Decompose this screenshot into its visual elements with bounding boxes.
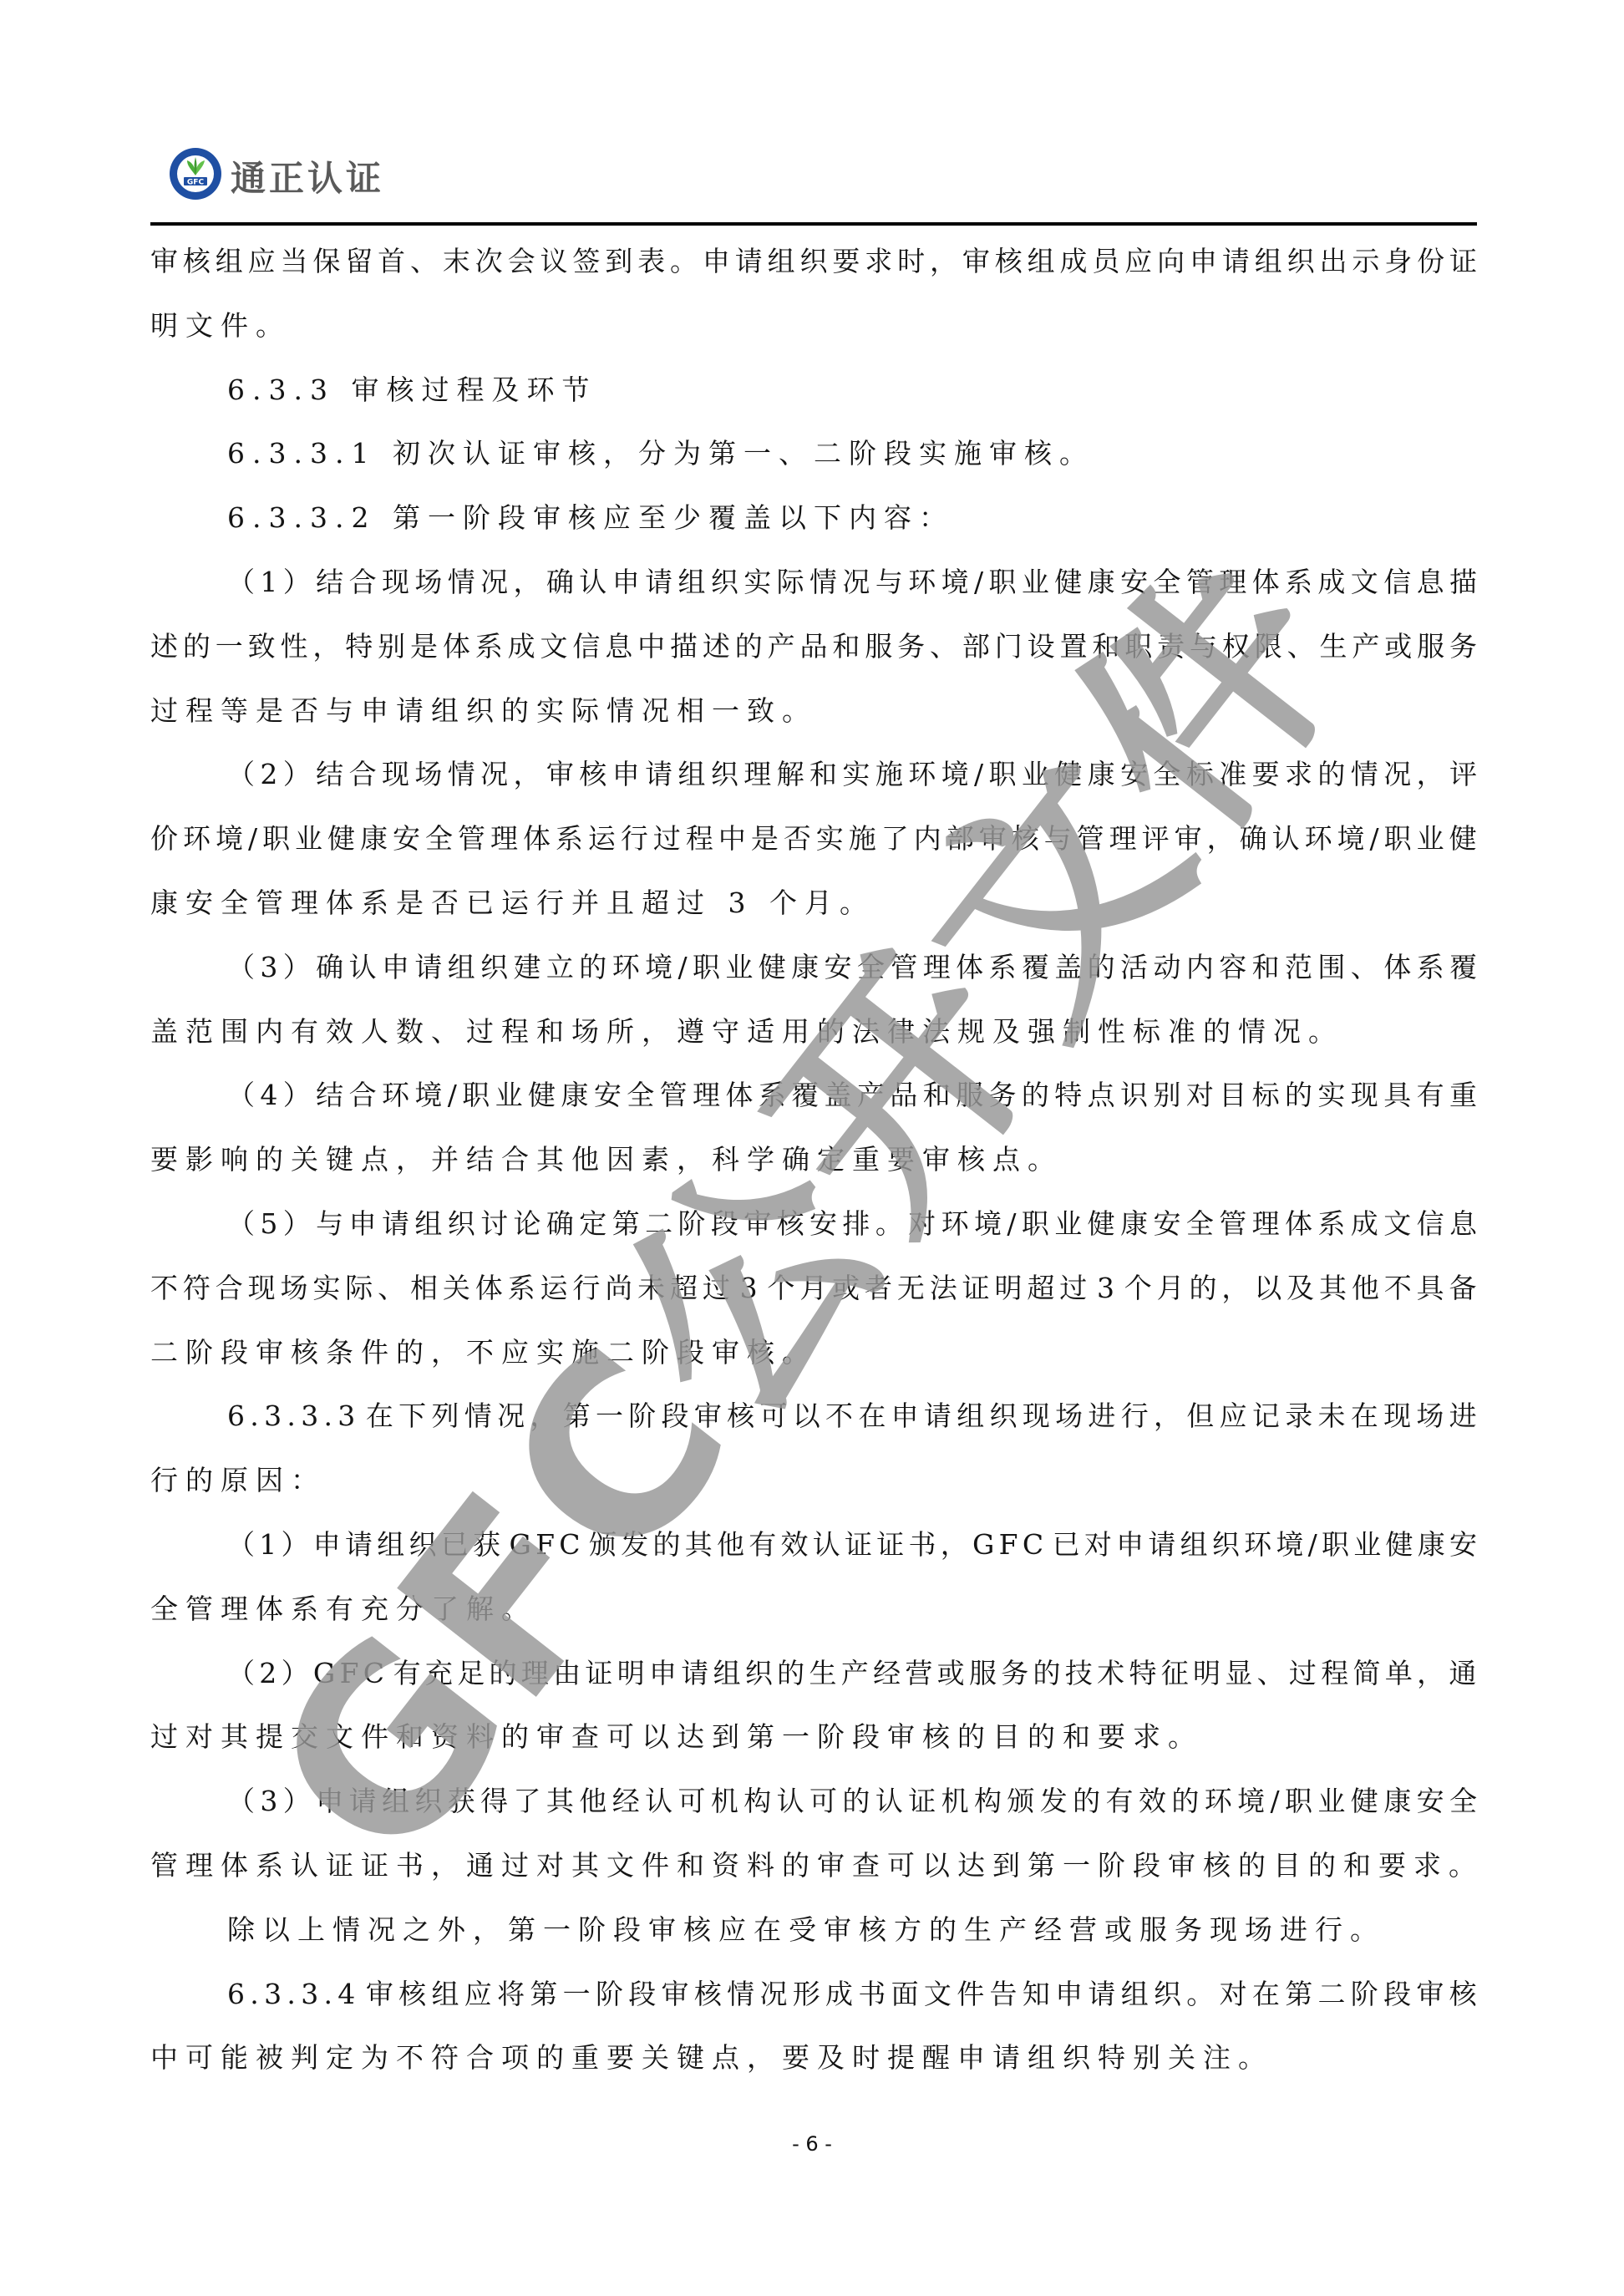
text-line: 要影响的关键点，并结合其他因素，科学确定重要审核点。: [150, 1139, 1477, 1181]
text-line: （5）与申请组织讨论确定第二阶段审核安排。对环境/职业健康安全管理体系成文信息: [227, 1203, 1477, 1245]
text-line: （3）确认申请组织建立的环境/职业健康安全管理体系覆盖的活动内容和范围、体系覆: [227, 947, 1477, 988]
text-line: 康安全管理体系是否已运行并且超过 3 个月。: [150, 882, 1477, 924]
text-line: 6.3.3 审核过程及环节: [227, 369, 1477, 411]
text-line: 过程等是否与申请组织的实际情况相一致。: [150, 690, 1477, 732]
page-header: GFC 通正认证: [150, 142, 1477, 226]
text-line: 二阶段审核条件的，不应实施二阶段审核。: [150, 1332, 1477, 1374]
text-line: 6.3.3.4 审核组应将第一阶段审核情况形成书面文件告知申请组织。对在第二阶段…: [227, 1973, 1477, 2015]
text-line: 盖范围内有效人数、过程和场所，遵守适用的法律法规及强制性标准的情况。: [150, 1011, 1477, 1053]
text-line: 管理体系认证证书，通过对其文件和资料的审查可以达到第一阶段审核的目的和要求。: [150, 1845, 1477, 1887]
page-number: - 6 -: [0, 2132, 1624, 2156]
text-line: （1）结合现场情况，确认申请组织实际情况与环境/职业健康安全管理体系成文信息描: [227, 561, 1477, 603]
text-line: （3）申请组织获得了其他经认可机构认可的认证机构颁发的有效的环境/职业健康安全: [227, 1780, 1477, 1822]
text-line: 除以上情况之外，第一阶段审核应在受审核方的生产经营或服务现场进行。: [227, 1909, 1477, 1951]
text-line: 不符合现场实际、相关体系运行尚未超过 3 个月或者无法证明超过 3 个月的，以及…: [150, 1267, 1477, 1309]
text-line: 行的原因：: [150, 1460, 1477, 1501]
text-line: 审核组应当保留首、末次会议签到表。申请组织要求时，审核组成员应向申请组织出示身份…: [150, 241, 1477, 282]
text-line: 6.3.3.3 在下列情况，第一阶段审核可以不在申请组织现场进行，但应记录未在现…: [227, 1395, 1477, 1437]
text-line: （2）结合现场情况，审核申请组织理解和实施环境/职业健康安全标准要求的情况，评: [227, 754, 1477, 795]
gfc-logo-icon: GFC: [169, 147, 222, 201]
svg-text:GFC: GFC: [187, 179, 205, 187]
header-divider: [150, 222, 1477, 226]
text-line: 述的一致性，特别是体系成文信息中描述的产品和服务、部门设置和职责与权限、生产或服…: [150, 626, 1477, 668]
text-line: 过对其提交文件和资料的审查可以达到第一阶段审核的目的和要求。: [150, 1716, 1477, 1758]
text-line: （1）申请组织已获 GFC 颁发的其他有效认证证书，GFC 已对申请组织环境/职…: [227, 1524, 1477, 1566]
text-line: 价环境/职业健康安全管理体系运行过程中是否实施了内部审核与管理评审，确认环境/职…: [150, 818, 1477, 860]
text-line: （2）GFC 有充足的理由证明申请组织的生产经营或服务的技术特征明显、过程简单，…: [227, 1653, 1477, 1694]
text-line: 6.3.3.2 第一阶段审核应至少覆盖以下内容：: [227, 497, 1477, 539]
text-line: 全管理体系有充分了解。: [150, 1588, 1477, 1630]
brand-name: 通正认证: [231, 157, 384, 201]
text-line: 6.3.3.1 初次认证审核，分为第一、二阶段实施审核。: [227, 433, 1477, 475]
document-page: GFC 通正认证 审核组应当保留首、末次会议签到表。申请组织要求时，审核组成员应…: [0, 0, 1624, 2296]
text-line: 中可能被判定为不符合项的重要关键点，要及时提醒申请组织特别关注。: [150, 2037, 1477, 2079]
text-line: （4）结合环境/职业健康安全管理体系覆盖产品和服务的特点识别对目标的实现具有重: [227, 1074, 1477, 1116]
text-line: 明文件。: [150, 305, 1477, 347]
